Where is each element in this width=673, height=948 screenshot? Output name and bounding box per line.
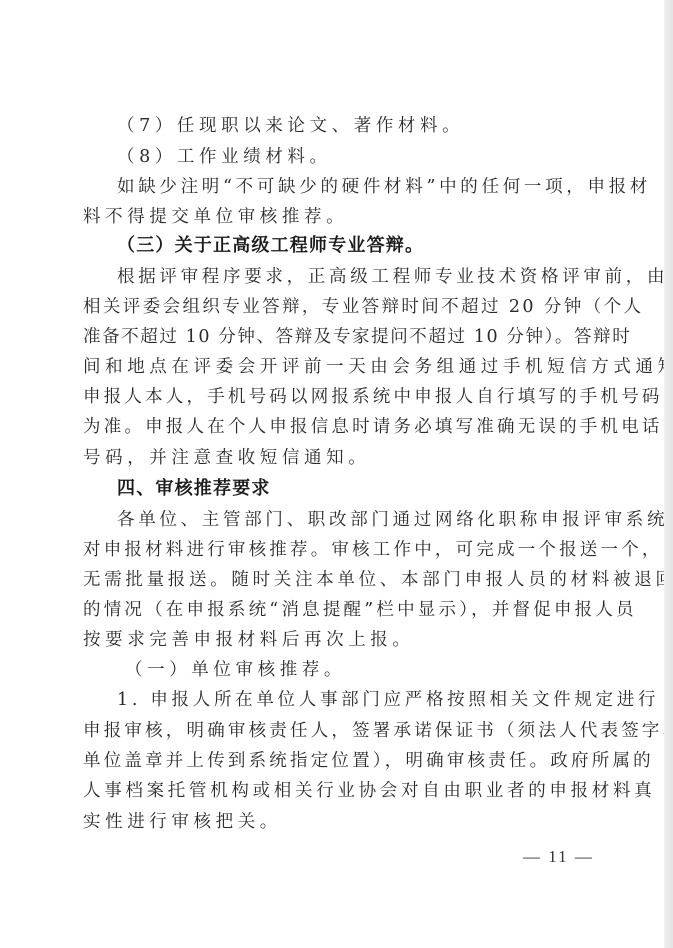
paragraph-line: 料不得提交单位审核推荐。 bbox=[83, 206, 593, 228]
list-item-7: （7）任现职以来论文、著作材料。 bbox=[117, 115, 627, 137]
document-page: （7）任现职以来论文、著作材料。 （8）工作业绩材料。 如缺少注明“不可缺少的硬… bbox=[0, 0, 664, 948]
paragraph-line: 对申报材料进行审核推荐。审核工作中，可完成一个报送一个， bbox=[83, 539, 593, 561]
paragraph-line: 号码，并注意查收短信通知。 bbox=[83, 447, 593, 469]
paragraph-line: 1. 申报人所在单位人事部门应严格按照相关文件规定进行 bbox=[117, 689, 627, 711]
paragraph-line: 单位盖章并上传到系统指定位置），明确审核责任。政府所属的 bbox=[83, 750, 593, 772]
paragraph-line: 按要求完善申报材料后再次上报。 bbox=[83, 629, 593, 651]
paragraph-line: 准备不超过 10 分钟、答辩及专家提问不超过 10 分钟）。答辩时 bbox=[83, 326, 593, 348]
section-heading-3: （三）关于正高级工程师专业答辩。 bbox=[117, 235, 627, 257]
subsection-heading-1: （一）单位审核推荐。 bbox=[125, 659, 635, 681]
list-item-8: （8）工作业绩材料。 bbox=[117, 146, 627, 168]
paragraph-line: 人事档案托管机构或相关行业协会对自由职业者的申报材料真 bbox=[83, 780, 593, 802]
paragraph-line: 如缺少注明“不可缺少的硬件材料”中的任何一项，申报材 bbox=[117, 176, 627, 198]
paragraph-line: 相关评委会组织专业答辩，专业答辩时间不超过 20 分钟（个人 bbox=[83, 296, 593, 318]
section-heading-4: 四、审核推荐要求 bbox=[117, 478, 627, 500]
page-edge-shadow bbox=[664, 0, 673, 948]
paragraph-line: 申报审核，明确审核责任人，签署承诺保证书（须法人代表签字、 bbox=[83, 720, 593, 742]
paragraph-line: 申报人本人，手机号码以网报系统中申报人自行填写的手机号码 bbox=[83, 386, 593, 408]
paragraph-line: 间和地点在评委会开评前一天由会务组通过手机短信方式通知 bbox=[83, 356, 593, 378]
paragraph-line: 为准。申报人在个人申报信息时请务必填写准确无误的手机电话 bbox=[83, 416, 593, 438]
paragraph-line: 根据评审程序要求，正高级工程师专业技术资格评审前，由 bbox=[117, 266, 627, 288]
paragraph-line: 无需批量报送。随时关注本单位、本部门申报人员的材料被退回 bbox=[83, 569, 593, 591]
page-number: — 11 — bbox=[523, 847, 594, 867]
paragraph-line: 的情况（在申报系统“消息提醒”栏中显示），并督促申报人员 bbox=[83, 599, 593, 621]
paragraph-line: 实性进行审核把关。 bbox=[83, 811, 593, 833]
paragraph-line: 各单位、主管部门、职改部门通过网络化职称申报评审系统 bbox=[117, 509, 627, 531]
